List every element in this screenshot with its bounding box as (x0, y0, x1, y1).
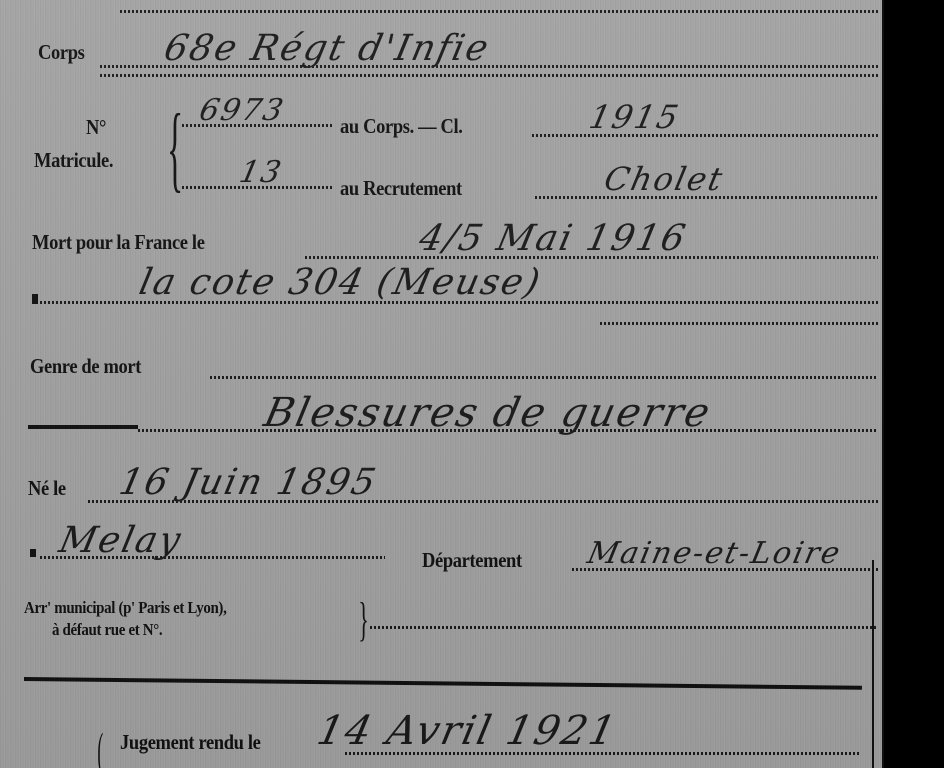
arrondissement-label-1: Arr' municipal (p' Paris et Lyon), (24, 598, 226, 618)
recrutement-lieu-value: Cholet (601, 160, 727, 198)
separator-line (24, 677, 862, 690)
document-page: Corps 68e Régt d'Infie N° Matricule. { 6… (0, 0, 884, 768)
genre-mort-label: Genre de mort (30, 354, 141, 379)
naissance-lieu-value: Melay (56, 520, 186, 561)
brace: } (358, 596, 368, 644)
departement-label: Département (422, 548, 522, 573)
genre-mort-value: Blessures de guerre (260, 390, 715, 436)
mort-date-label: Mort pour la France le (32, 230, 205, 255)
dotted-line (120, 10, 880, 13)
solid-line (28, 425, 138, 429)
a-marker (32, 294, 38, 304)
corps-value: 68e Régt d'Infie (161, 28, 494, 69)
jugement-value: 14 Avril 1921 (313, 708, 621, 754)
arrondissement-label-2: à défaut rue et N°. (52, 620, 162, 640)
naissance-date-label: Né le (28, 476, 66, 501)
dotted-line (370, 626, 878, 629)
dotted-line (100, 74, 878, 77)
dotted-line (532, 134, 878, 137)
classe-value: 1915 (586, 98, 684, 136)
matricule-recrutement-value: 13 (236, 155, 286, 190)
departement-value: Maine-et-Loire (584, 536, 844, 571)
jugement-label: Jugement rendu le (120, 730, 260, 755)
mort-date-value: 4/5 Mai 1916 (416, 218, 691, 259)
matricule-corps-value: 6973 (196, 93, 288, 128)
border-line (872, 560, 874, 768)
brace: ( (97, 725, 103, 768)
dotted-line (210, 376, 878, 379)
border-line (882, 0, 884, 768)
au-corps-label: au Corps. — Cl. (340, 114, 463, 139)
dotted-line (600, 322, 878, 325)
brace: { (167, 100, 183, 196)
a-marker (30, 549, 36, 557)
matricule-label: Matricule. (34, 148, 113, 173)
matricule-label-no: N° (86, 115, 106, 140)
au-recrutement-label: au Recrutement (340, 176, 462, 201)
mort-lieu-value: la cote 304 (Meuse) (136, 262, 546, 303)
naissance-date-value: 16 Juin 1895 (116, 462, 381, 503)
corps-label: Corps (38, 40, 85, 65)
